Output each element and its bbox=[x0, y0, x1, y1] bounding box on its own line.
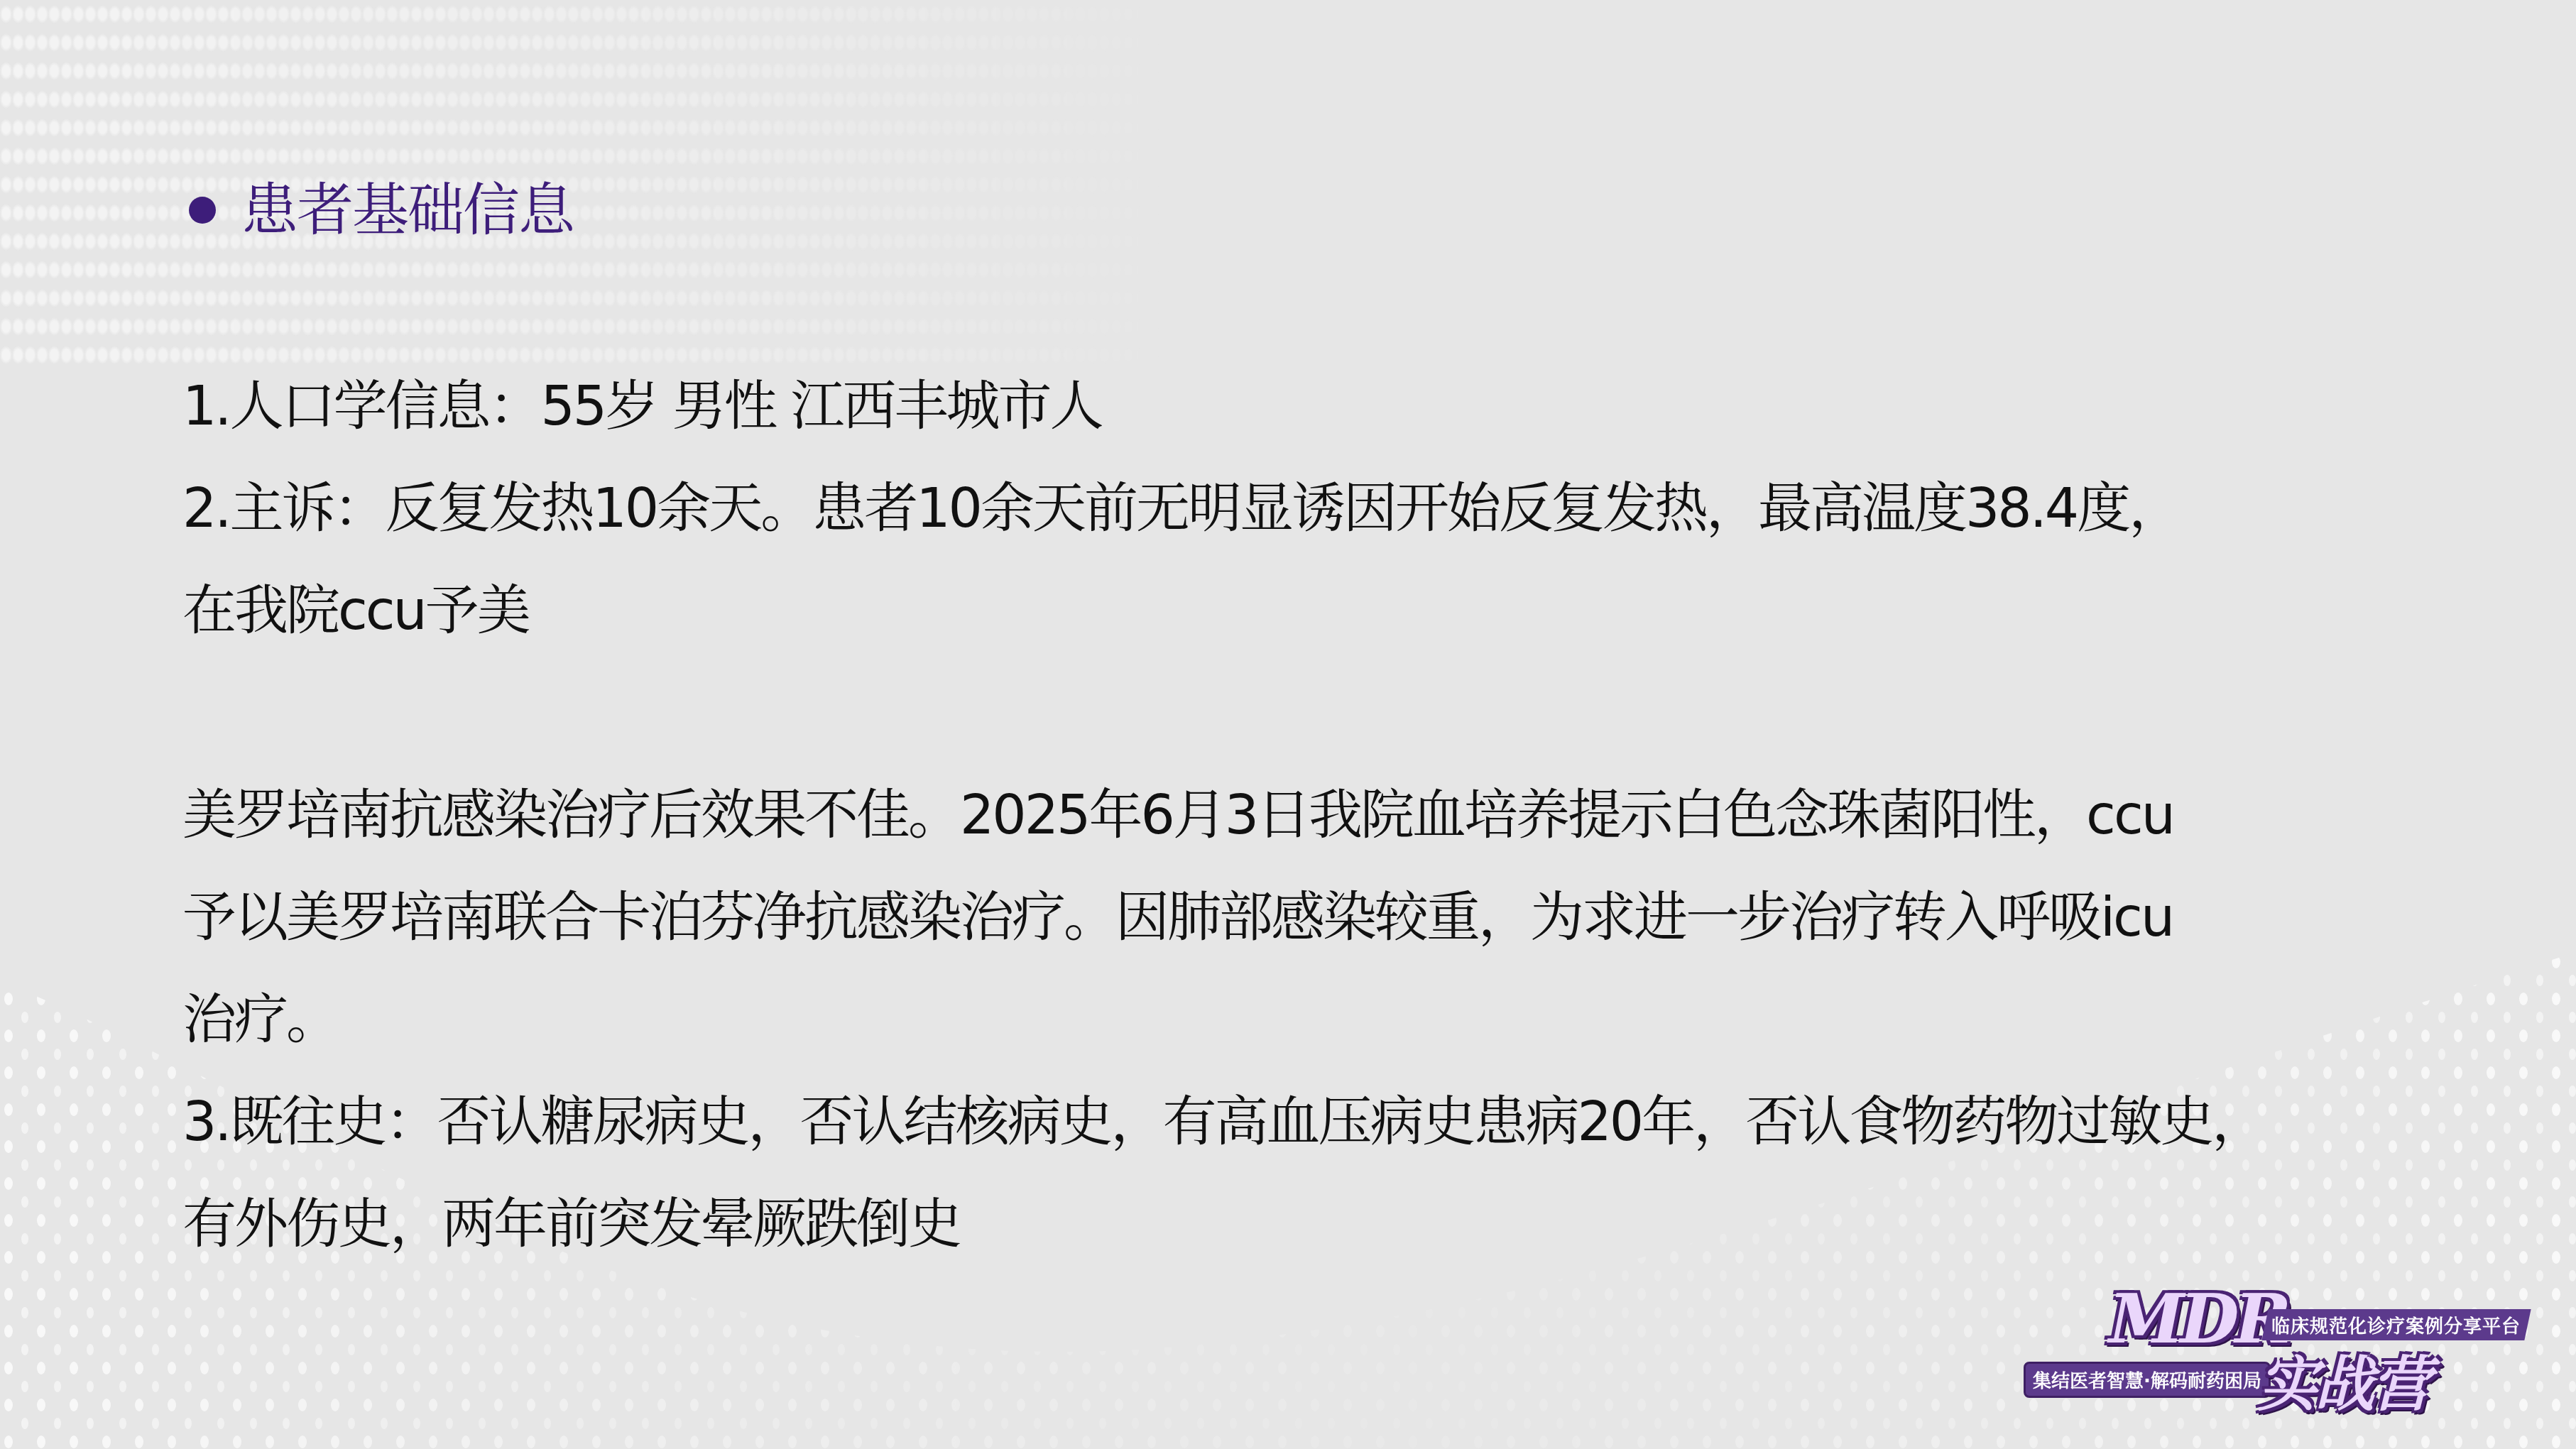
patient-info-body: 1.人口学信息：55岁 男性 江西丰城市人 2.主诉：反复发热10余天。患者10… bbox=[182, 355, 2455, 1275]
logo-tagline: 临床规范化诊疗案例分享平台 bbox=[2271, 1312, 2521, 1338]
bullet-icon bbox=[189, 197, 216, 224]
treatment-line-1: 美罗培南抗感染治疗后效果不佳。2025年6月3日我院血培养提示白色念珠菌阳性，c… bbox=[182, 764, 2455, 866]
past-history-line-2: 有外伤史，两年前突发晕厥跌倒史 bbox=[182, 1173, 2455, 1275]
treatment-line-3: 治疗。 bbox=[182, 968, 2455, 1071]
demographics-line: 1.人口学信息：55岁 男性 江西丰城市人 bbox=[182, 355, 2455, 457]
logo-brand: MDR bbox=[2109, 1284, 2287, 1355]
treatment-line-2: 予以美罗培南联合卡泊芬净抗感染治疗。因肺部感染较重，为求进一步治疗转入呼吸icu bbox=[182, 866, 2455, 968]
chief-complaint-line-1: 2.主诉：反复发热10余天。患者10余天前无明显诱因开始反复发热，最高温度38.… bbox=[182, 457, 2455, 559]
logo-name: 实战营 bbox=[2258, 1352, 2428, 1417]
logo-slogan: 集结医者智慧·解码耐药困局 bbox=[2024, 1362, 2271, 1398]
past-history-line-1: 3.既往史：否认糖尿病史，否认结核病史，有高血压病史患病20年，否认食物药物过敏… bbox=[182, 1071, 2455, 1173]
chief-complaint-line-2: 在我院ccu予美 bbox=[182, 559, 2455, 662]
section-heading: 患者基础信息 bbox=[186, 175, 574, 246]
mdr-camp-logo: MDR 临床规范化诊疗案例分享平台 集结医者智慧·解码耐药困局 实战营 bbox=[2024, 1284, 2542, 1418]
blank-line bbox=[182, 662, 2455, 764]
section-title: 患者基础信息 bbox=[241, 175, 574, 246]
logo-tagline-ribbon: 临床规范化诊疗案例分享平台 bbox=[2261, 1309, 2531, 1340]
dot-pattern-decoration bbox=[0, 0, 1207, 369]
